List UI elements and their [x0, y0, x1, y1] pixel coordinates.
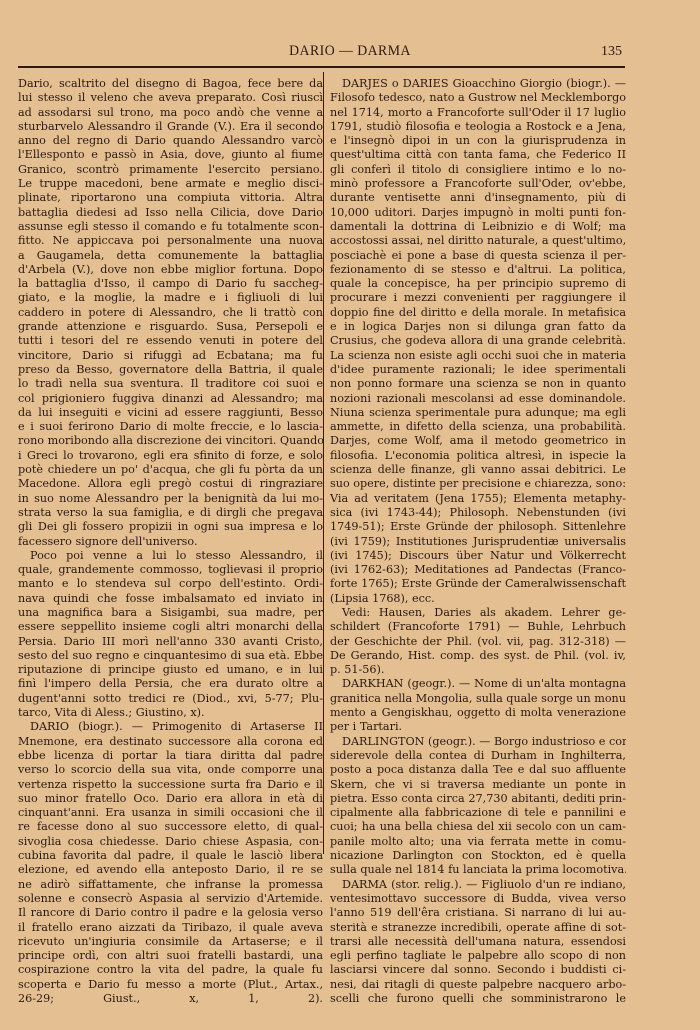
text-line: potè chiedere un po' d'acqua, che gli fu…	[18, 463, 323, 477]
text-line: (ivi 1745); Discours über Natur und Völk…	[330, 549, 626, 563]
text-line: minò professore a Francoforte sull'Oder,…	[330, 177, 626, 191]
text-line: sica (ivi 1743-44); Philosoph. Nebenstun…	[330, 506, 626, 520]
text-line: gli conferì il titolo di consigliere int…	[330, 163, 626, 177]
text-line: quale la concepisce, ha per principio su…	[330, 277, 626, 291]
text-line: La scienza non esiste agli occhi suoi ch…	[330, 349, 626, 363]
text-line: scoperta e Dario fu messo a morte (Plut.…	[18, 978, 323, 992]
text-line: da lui inseguiti e vicini ad essere ragg…	[18, 406, 323, 420]
text-line: DARJES o DARIES Gioacchino Giorgio (biog…	[330, 77, 626, 91]
text-line: (ivi 1759); Institutiones Jurisprudentiæ…	[330, 535, 626, 549]
text-line: siderevole della contea di Durham in Ing…	[330, 749, 626, 763]
text-line: Skern, che vi si traversa mediante un po…	[330, 778, 626, 792]
text-line: scienza delle finanze, gli vanno assai d…	[330, 463, 626, 477]
text-line: i Greci lo trovarono, egli era sfinito d…	[18, 449, 323, 463]
text-line: scelli che furono quelli che somministra…	[330, 992, 626, 1006]
text-line: DARLINGTON (geogr.). — Borgo industrioso…	[330, 735, 626, 749]
text-line: giato, e la moglie, la madre e i figliuo…	[18, 291, 323, 305]
text-line: schildert (Francoforte 1791) — Buhle, Le…	[330, 620, 626, 634]
text-line: sterità e stranezze incredibili, operate…	[330, 921, 626, 935]
text-line: non ponno formare una scienza se non in …	[330, 377, 626, 391]
text-line: quale, grandemente commosso, toglievasi …	[18, 563, 323, 577]
text-line: suo minor fratello Oco. Dario era allora…	[18, 792, 323, 806]
page-number: 135	[601, 44, 622, 60]
text-line: grande attenzione e risguardo. Susa, Per…	[18, 320, 323, 334]
text-line: Macedone. Allora egli pregò costui di ri…	[18, 477, 323, 491]
text-line: durante ventisette anni d'insegnamento, …	[330, 191, 626, 205]
text-line: caddero in potere di Alessandro, che li …	[18, 306, 323, 320]
text-line: anno del regno di Dario quando Alessandr…	[18, 134, 323, 148]
text-line: essere seppellito insieme cogli altri mo…	[18, 620, 323, 634]
text-line: granitica nella Mongolia, sulla quale so…	[330, 692, 626, 706]
text-line: Darjes, come Wolf, ama il metodo geometr…	[330, 434, 626, 448]
text-line: dugent'anni sotto tredici re (Diod., xvi…	[18, 692, 323, 706]
text-line: nava quindi che fosse imbalsamato ed inv…	[18, 592, 323, 606]
text-line: (ivi 1762-63); Meditationes ad Pandectas…	[330, 563, 626, 577]
text-line: p. 51-56).	[330, 663, 626, 677]
text-line: ventesimottavo successore di Budda, vive…	[330, 892, 626, 906]
text-line: der Geschichte der Phil. (vol. vii, pag.…	[330, 635, 626, 649]
text-line: damentali la dottrina di Leibnizio e di …	[330, 220, 626, 234]
text-line: 1749-51); Erste Gründe der philosoph. Si…	[330, 520, 626, 534]
text-line: 1791, studiò filosofia e teologia a Rost…	[330, 120, 626, 134]
text-line: Dario, scaltrito del disegno di Bagoa, f…	[18, 77, 323, 91]
text-line: nicazione Darlington con Stockton, ed è …	[330, 849, 626, 863]
text-line: e in logica Darjes non si dilunga gran f…	[330, 320, 626, 334]
text-line: ebbe licenza di portar la tiara diritta …	[18, 749, 323, 763]
text-line: 26-29; Giust., x, 1, 2).	[18, 992, 323, 1006]
text-line: a Gaugamela, detta comunemente la battag…	[18, 249, 323, 263]
text-line: assunse egli stesso il comando e fu tota…	[18, 220, 323, 234]
text-line: posciachè ei pone a base di questa scien…	[330, 249, 626, 263]
header-rule	[18, 66, 625, 68]
text-line: e i suoi ferirono Dario di molte freccie…	[18, 420, 323, 434]
text-line: manto e lo stendeva sul corpo dell'estin…	[18, 577, 323, 591]
text-line: DARKHAN (geogr.). — Nome di un'alta mont…	[330, 677, 626, 691]
text-line: (Lipsia 1768), ecc.	[330, 592, 626, 606]
text-line: l'anno 519 dell'êra cristiana. Si narran…	[330, 906, 626, 920]
text-line: battaglia diedesi ad Isso nella Cilicia,…	[18, 206, 323, 220]
text-line: la battaglia d'Isso, il campo di Dario f…	[18, 277, 323, 291]
text-line: in suo nome Alessandro per la benignità …	[18, 492, 323, 506]
text-line: plinate, riportarono una compiuta vittor…	[18, 191, 323, 205]
text-line: Persia. Dario III morì nell'anno 330 ava…	[18, 635, 323, 649]
text-line: riputazione di principe giusto ed umano,…	[18, 663, 323, 677]
text-line: Le truppe macedoni, bene armate e meglio…	[18, 177, 323, 191]
left-column: Dario, scaltrito del disegno di Bagoa, f…	[18, 77, 323, 1006]
text-line: d'Arbela (V.), dove non ebbe miglior for…	[18, 263, 323, 277]
text-line: re facesse dono al suo successore eletto…	[18, 820, 323, 834]
text-line: mento a Gengiskhau, oggetto di molta ven…	[330, 706, 626, 720]
text-line: suo opere, distinte per precisione e chi…	[330, 477, 626, 491]
text-line: sturbarvelo Alessandro il Grande (V.). E…	[18, 120, 323, 134]
text-line: panile molto alto; una via ferrata mette…	[330, 835, 626, 849]
text-line: cuoi; ha una bella chiesa del xii secolo…	[330, 820, 626, 834]
text-line: fezionamento di se stesso e d'altrui. La…	[330, 263, 626, 277]
text-line: per i Tartari.	[330, 720, 626, 734]
text-line: strata verso la sua famiglia, e di dirgl…	[18, 506, 323, 520]
text-line: ricevuto un'ingiuria consimile da Artase…	[18, 935, 323, 949]
text-line: doppio fine del diritto e della morale. …	[330, 306, 626, 320]
text-line: Il rancore di Dario contro il padre e la…	[18, 906, 323, 920]
text-line: ad assodarsi sul trono, ma poco andò che…	[18, 106, 323, 120]
text-line: una magnifica bara a Sisigambi, sua madr…	[18, 606, 323, 620]
column-divider	[323, 72, 324, 854]
text-line: sulla quale nel 1814 fu lanciata la prim…	[330, 863, 626, 877]
text-line: cospirazione contro la vita del padre, l…	[18, 963, 323, 977]
text-line: egli perfino tagliate le palpebre allo s…	[330, 949, 626, 963]
text-line: Granico, scontrò primamente l'esercito p…	[18, 163, 323, 177]
text-line: lasciarsi vincere dal sonno. Secondo i b…	[330, 963, 626, 977]
text-line: d'idee puramente razionali; le idee sper…	[330, 363, 626, 377]
encyclopedia-page: DARIO — DARMA 135 Dario, scaltrito del d…	[0, 0, 700, 1030]
text-line: procurare i mezzi convenienti per raggiu…	[330, 291, 626, 305]
text-line: Crusius, che godeva allora di una grande…	[330, 334, 626, 348]
text-line: gli Dei gli fossero propizii in ogni sua…	[18, 520, 323, 534]
text-line: sivoglia cosa chiedesse. Dario chiese As…	[18, 835, 323, 849]
text-line: lo tradì nella sua sventura. Il traditor…	[18, 377, 323, 391]
text-line: tutti i tesori del re essendo venuti in …	[18, 334, 323, 348]
text-line: Vedi: Hausen, Daries als akadem. Lehrer …	[330, 606, 626, 620]
text-line: vertenza rispetto la successione surta f…	[18, 778, 323, 792]
text-line: il fratello erano aizzati da Tiribazo, i…	[18, 921, 323, 935]
page-title: DARIO — DARMA	[28, 43, 672, 60]
text-line: DARIO (biogr.). — Primogenito di Artaser…	[18, 720, 323, 734]
text-line: cinquant'anni. Era usanza in simili occa…	[18, 806, 323, 820]
text-line: nel 1714, morto a Francoforte sull'Oder …	[330, 106, 626, 120]
text-line: De Gerando, Hist. comp. des syst. de Phi…	[330, 649, 626, 663]
text-line: nozioni razionali mescolansi ad esse dom…	[330, 392, 626, 406]
text-line: lui stesso il veleno che aveva preparato…	[18, 91, 323, 105]
text-line: posto a poca distanza dalla Tee e dal su…	[330, 763, 626, 777]
text-line: e l'insegnò dipoi in un con la giurispru…	[330, 134, 626, 148]
text-line: nesi, dai ritagli di queste palpebre nac…	[330, 978, 626, 992]
text-line: Filosofo tedesco, nato a Gustrow nel Mec…	[330, 91, 626, 105]
text-line: filosofia. L'economia politica altresì, …	[330, 449, 626, 463]
text-line: vincitore, Dario si rifuggì ad Ecbatana;…	[18, 349, 323, 363]
text-line: ne adirò siffattamente, che infranse la …	[18, 878, 323, 892]
right-column: DARJES o DARIES Gioacchino Giorgio (biog…	[330, 77, 626, 1006]
text-line: 10,000 uditori. Darjes impugnò in molti …	[330, 206, 626, 220]
text-line: cubina favorita dal padre, il quale le l…	[18, 849, 323, 863]
text-line: accostossi assai, nel diritto naturale, …	[330, 234, 626, 248]
text-line: tarco, Vita di Aless.; Giustino, x).	[18, 706, 323, 720]
text-line: l'Ellesponto e passò in Asia, dove, giun…	[18, 148, 323, 162]
text-line: solenne e consecrò Aspasia al servizio d…	[18, 892, 323, 906]
text-line: verso lo scorcio della sua vita, onde co…	[18, 763, 323, 777]
text-line: DARMA (stor. relig.). — Figliuolo d'un r…	[330, 878, 626, 892]
text-line: elezione, ed avendo ella anteposto Dario…	[18, 863, 323, 877]
text-line: cipalmente alla fabbricazione di tele e …	[330, 806, 626, 820]
text-line: quest'ultima città con tanta fama, che F…	[330, 148, 626, 162]
text-line: sesto del suo regno e cinquantesimo di s…	[18, 649, 323, 663]
text-line: Mnemone, era destinato successore alla c…	[18, 735, 323, 749]
text-line: Niuna scienza sperimentale pura adunque;…	[330, 406, 626, 420]
text-line: forte 1765); Erste Gründe der Cameralwis…	[330, 577, 626, 591]
text-line: Poco poi venne a lui lo stesso Alessandr…	[18, 549, 323, 563]
text-line: principe ordì, con altri suoi fratelli b…	[18, 949, 323, 963]
text-line: fitto. Ne appiccava poi personalmente un…	[18, 234, 323, 248]
text-line: rono moribondo alla discrezione dei vinc…	[18, 434, 323, 448]
text-line: ammette, in difetto della scienza, una p…	[330, 420, 626, 434]
running-head: DARIO — DARMA 135	[0, 40, 700, 64]
text-line: preso da Besso, governatore della Battri…	[18, 363, 323, 377]
text-line: Via ad veritatem (Jena 1755); Elementa m…	[330, 492, 626, 506]
text-line: facessero signore dell'universo.	[18, 535, 323, 549]
text-line: pietra. Esso conta circa 27,730 abitanti…	[330, 792, 626, 806]
text-line: col prigioniero fuggiva dinanzi ad Aless…	[18, 392, 323, 406]
text-line: trarsi alle necessità dell'umana natura,…	[330, 935, 626, 949]
text-line: finì l'impero della Persia, che era dura…	[18, 677, 323, 691]
